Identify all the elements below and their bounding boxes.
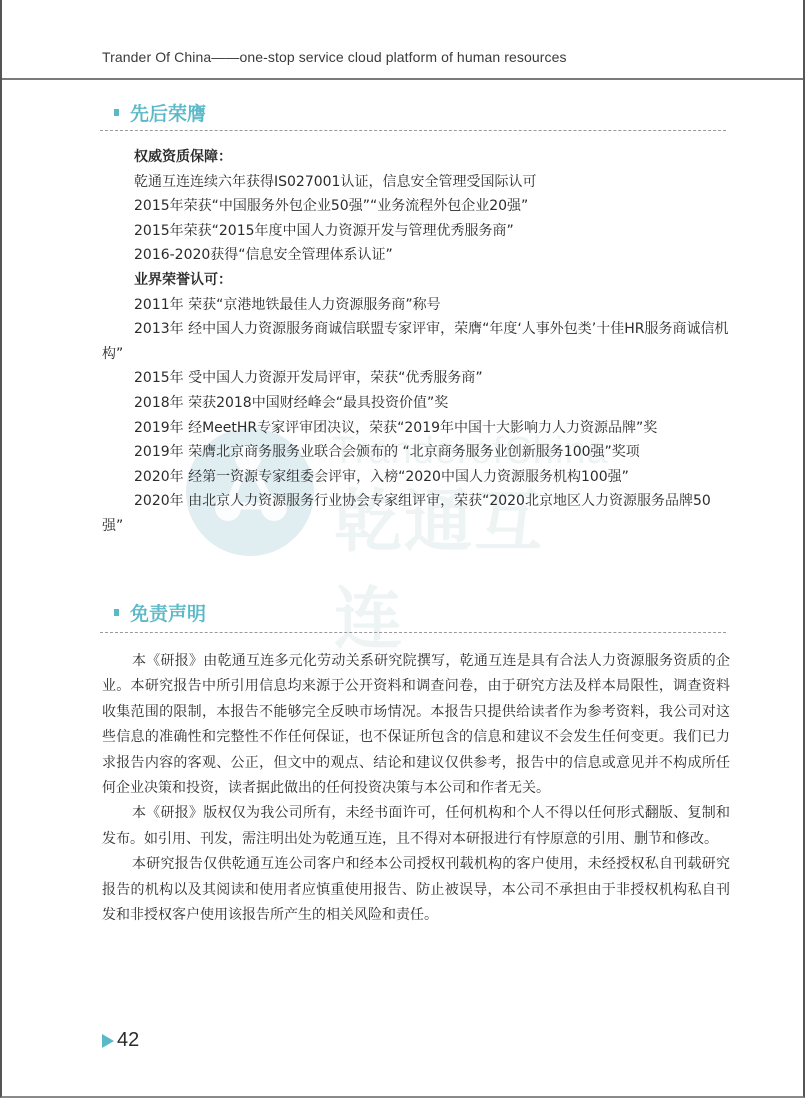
page-footer: 42 <box>102 1029 139 1052</box>
honors-list: 权威资质保障： 乾通互连连续六年获得IS027001认证，信息安全管理受国际认可… <box>102 145 730 539</box>
paragraph: 本《研报》由乾通互连多元化劳动关系研究院撰写，乾通互连是具有合法人力资源服务资质… <box>102 649 730 801</box>
list-item: 乾通互连连续六年获得IS027001认证，信息安全管理受国际认可 <box>102 170 730 195</box>
page-number: 42 <box>117 1029 139 1052</box>
paragraph: 本研究报告仅供乾通互连公司客户和经本公司授权刊载机构的客户使用，未经授权私自刊载… <box>102 852 730 928</box>
header-divider <box>2 78 803 80</box>
list-item: 2015年荣获“中国服务外包企业50强”“业务流程外包企业20强” <box>102 194 730 219</box>
list-item: 2020年 由北京人力资源服务行业协会专家组评审，荣获“2020北京地区人力资源… <box>102 489 730 538</box>
list-item: 2020年 经第一资源专家组委会评审，入榜“2020中国人力资源服务机构100强… <box>102 465 730 490</box>
disclaimer-body: 本《研报》由乾通互连多元化劳动关系研究院撰写，乾通互连是具有合法人力资源服务资质… <box>102 649 730 928</box>
square-bullet-icon <box>114 609 119 616</box>
list-item: 2011年 荣获“京港地铁最佳人力资源服务商”称号 <box>102 293 730 318</box>
section-heading-disclaimer: 免责声明 <box>114 599 206 626</box>
dashed-divider <box>100 632 726 633</box>
list-item: 2019年 经MeetHR专家评审团决议，荣获“2019年中国十大影响力人力资源… <box>102 416 730 441</box>
dashed-divider <box>100 130 726 131</box>
square-bullet-icon <box>114 109 119 116</box>
section-heading-honors: 先后荣膺 <box>114 99 206 126</box>
section-title: 先后荣膺 <box>130 99 206 126</box>
running-header: Trander Of China——one-stop service cloud… <box>102 49 567 65</box>
paragraph: 本《研报》版权仅为我公司所有，未经书面许可，任何机构和个人不得以任何形式翻版、复… <box>102 801 730 852</box>
subhead-qualifications: 权威资质保障： <box>102 145 730 170</box>
list-item: 2016-2020获得“信息安全管理体系认证” <box>102 243 730 268</box>
section-title: 免责声明 <box>130 599 206 626</box>
list-item: 2013年 经中国人力资源服务商诚信联盟专家评审，荣膺“年度‘人事外包类’十佳H… <box>102 317 730 366</box>
list-item: 2018年 荣获2018中国财经峰会“最具投资价值”奖 <box>102 391 730 416</box>
list-item: 2015年 受中国人力资源开发局评审，荣获“优秀服务商” <box>102 366 730 391</box>
triangle-right-icon <box>102 1034 114 1048</box>
list-item: 2019年 荣膺北京商务服务业联合会颁布的 “北京商务服务业创新服务100强”奖… <box>102 440 730 465</box>
subhead-industry-recognition: 业界荣誉认可： <box>102 268 730 293</box>
list-item: 2015年荣获“2015年度中国人力资源开发与管理优秀服务商” <box>102 219 730 244</box>
